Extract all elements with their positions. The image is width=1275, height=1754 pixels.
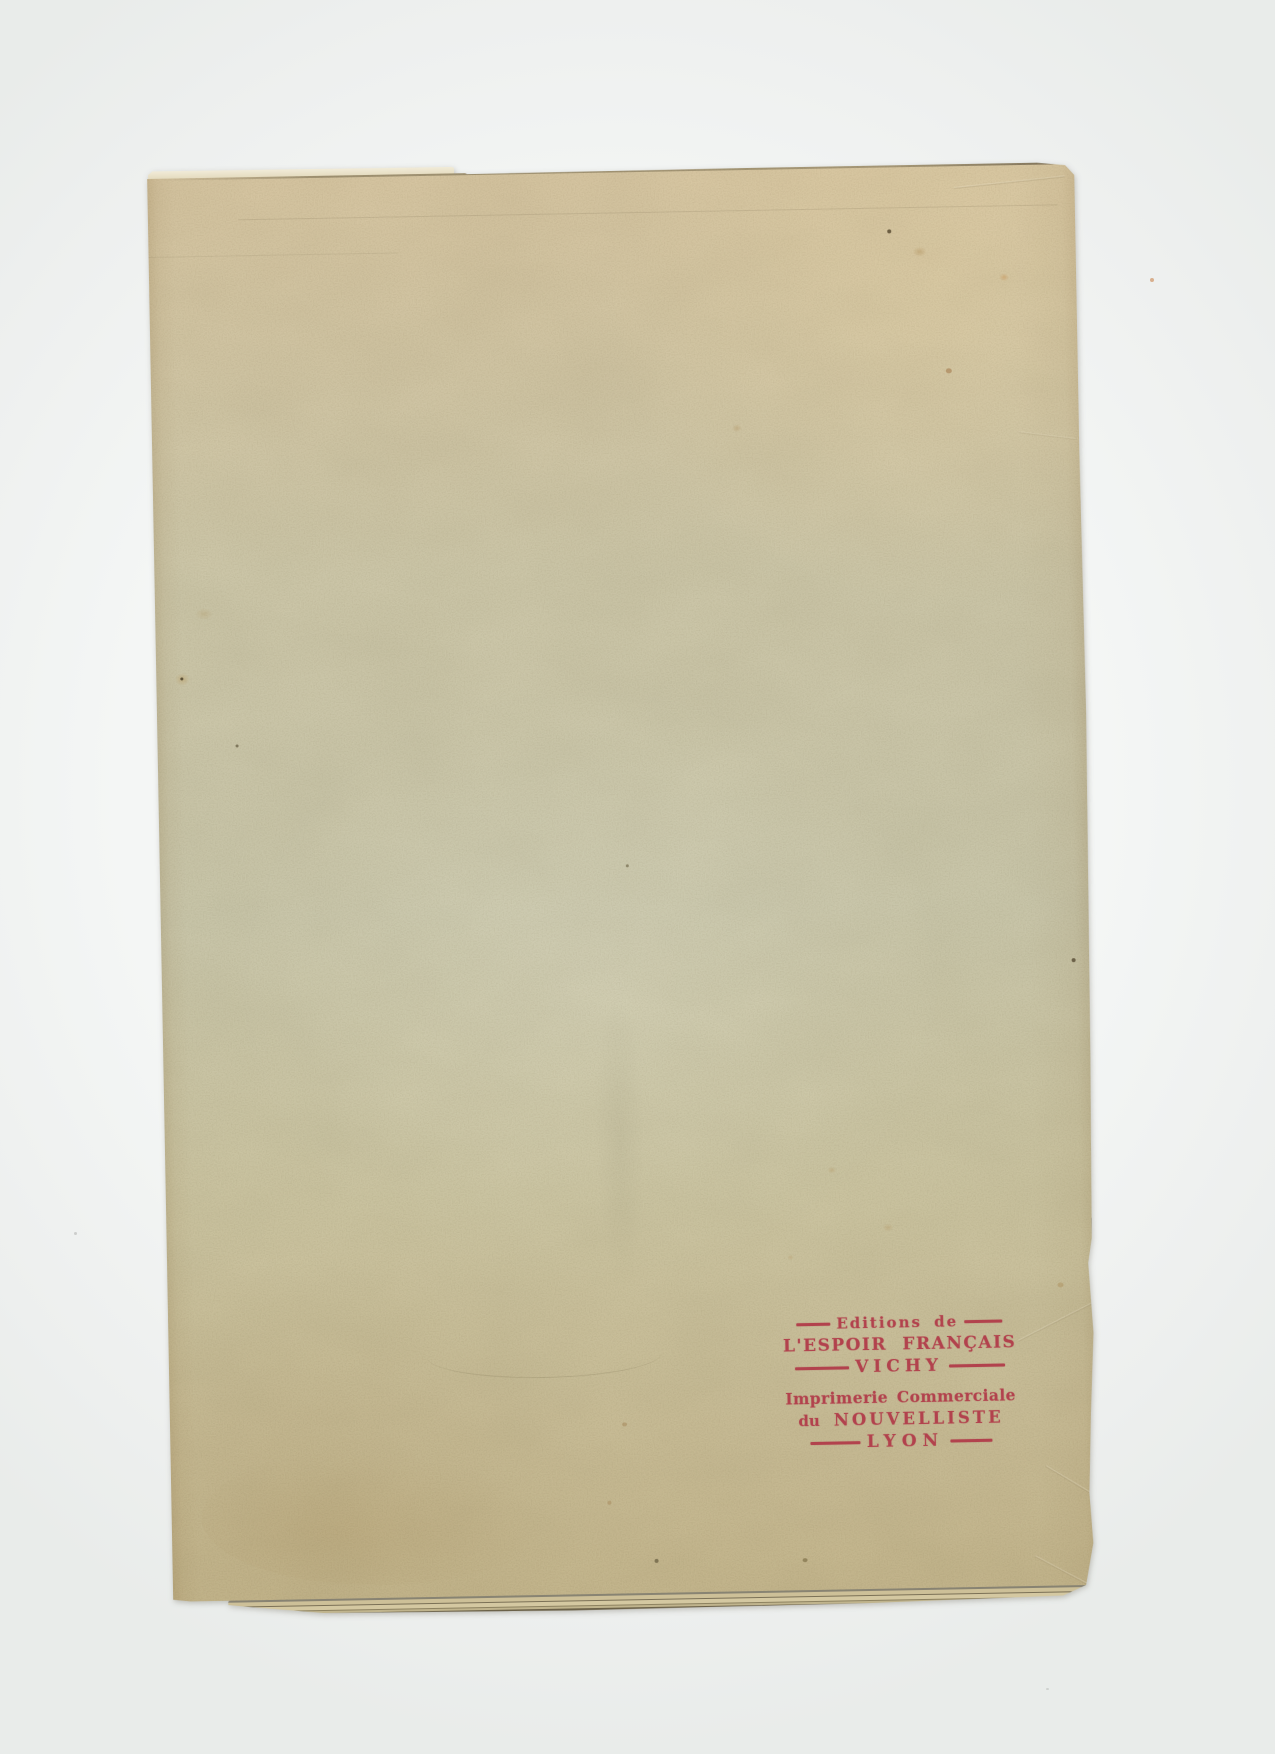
stain bbox=[882, 1223, 893, 1231]
stain bbox=[887, 229, 891, 233]
stain bbox=[787, 1254, 794, 1260]
booklet: Editions de L'ESPOIR FRANÇAIS VICHY Impr… bbox=[147, 153, 1103, 1618]
stain bbox=[803, 1558, 808, 1562]
dust-speck bbox=[1046, 1688, 1049, 1690]
publisher-imprint: Editions de L'ESPOIR FRANÇAIS VICHY Impr… bbox=[783, 1309, 1018, 1454]
imprint-dash bbox=[964, 1319, 1002, 1323]
printer-city-text: LYON bbox=[867, 1430, 945, 1453]
stain bbox=[1072, 958, 1076, 962]
imprint-dash bbox=[950, 1438, 992, 1442]
stain bbox=[655, 1559, 659, 1563]
imprint-line-publisher-city: VICHY bbox=[784, 1353, 1016, 1379]
stain bbox=[1058, 1282, 1064, 1287]
stain bbox=[180, 677, 183, 680]
scanner-background: Editions de L'ESPOIR FRANÇAIS VICHY Impr… bbox=[0, 0, 1275, 1754]
publisher-prefix-text: Editions de bbox=[836, 1310, 958, 1334]
printer-name-text: NOUVELLISTE bbox=[834, 1407, 1004, 1432]
imprint-line-printer-city: LYON bbox=[785, 1428, 1017, 1454]
stain-bottom-left bbox=[200, 1442, 563, 1589]
imprint-line-printer-name: du NOUVELLISTE bbox=[785, 1406, 1017, 1432]
crease-right-edge bbox=[1045, 1465, 1097, 1498]
stain bbox=[946, 368, 952, 373]
stain bbox=[195, 608, 213, 620]
imprint-dash bbox=[795, 1366, 849, 1370]
imprint-dash bbox=[811, 1441, 861, 1445]
faint-crease-line bbox=[238, 204, 1058, 220]
stain bbox=[913, 247, 927, 257]
faint-crease-line bbox=[149, 252, 399, 258]
booklet-back-cover: Editions de L'ESPOIR FRANÇAIS VICHY Impr… bbox=[147, 153, 1103, 1618]
crease-right-edge bbox=[1018, 1301, 1096, 1342]
cover-paper: Editions de L'ESPOIR FRANÇAIS VICHY Impr… bbox=[147, 162, 1103, 1602]
printer-of-text: du bbox=[798, 1410, 820, 1432]
shading-streak bbox=[581, 930, 659, 1351]
stain bbox=[622, 1422, 627, 1426]
dust-speck bbox=[1150, 278, 1154, 282]
worn-edge-dark-spot bbox=[1091, 1217, 1097, 1283]
imprint-dash bbox=[949, 1363, 1005, 1367]
publisher-name-text: L'ESPOIR FRANÇAIS bbox=[783, 1331, 1017, 1357]
crease-top-right bbox=[954, 175, 1066, 189]
imprint-dash bbox=[796, 1322, 830, 1326]
stain bbox=[607, 1501, 611, 1505]
crease-right-edge bbox=[1018, 431, 1076, 440]
dust-speck bbox=[74, 1232, 77, 1235]
crease-bottom-right bbox=[1034, 1555, 1093, 1588]
stain bbox=[236, 744, 239, 747]
stain bbox=[999, 273, 1009, 281]
stain bbox=[626, 864, 629, 867]
imprint-line-publisher-name: L'ESPOIR FRANÇAIS bbox=[783, 1331, 1015, 1357]
stain bbox=[827, 1167, 836, 1174]
stain bbox=[732, 424, 742, 432]
publisher-city-text: VICHY bbox=[855, 1355, 943, 1379]
